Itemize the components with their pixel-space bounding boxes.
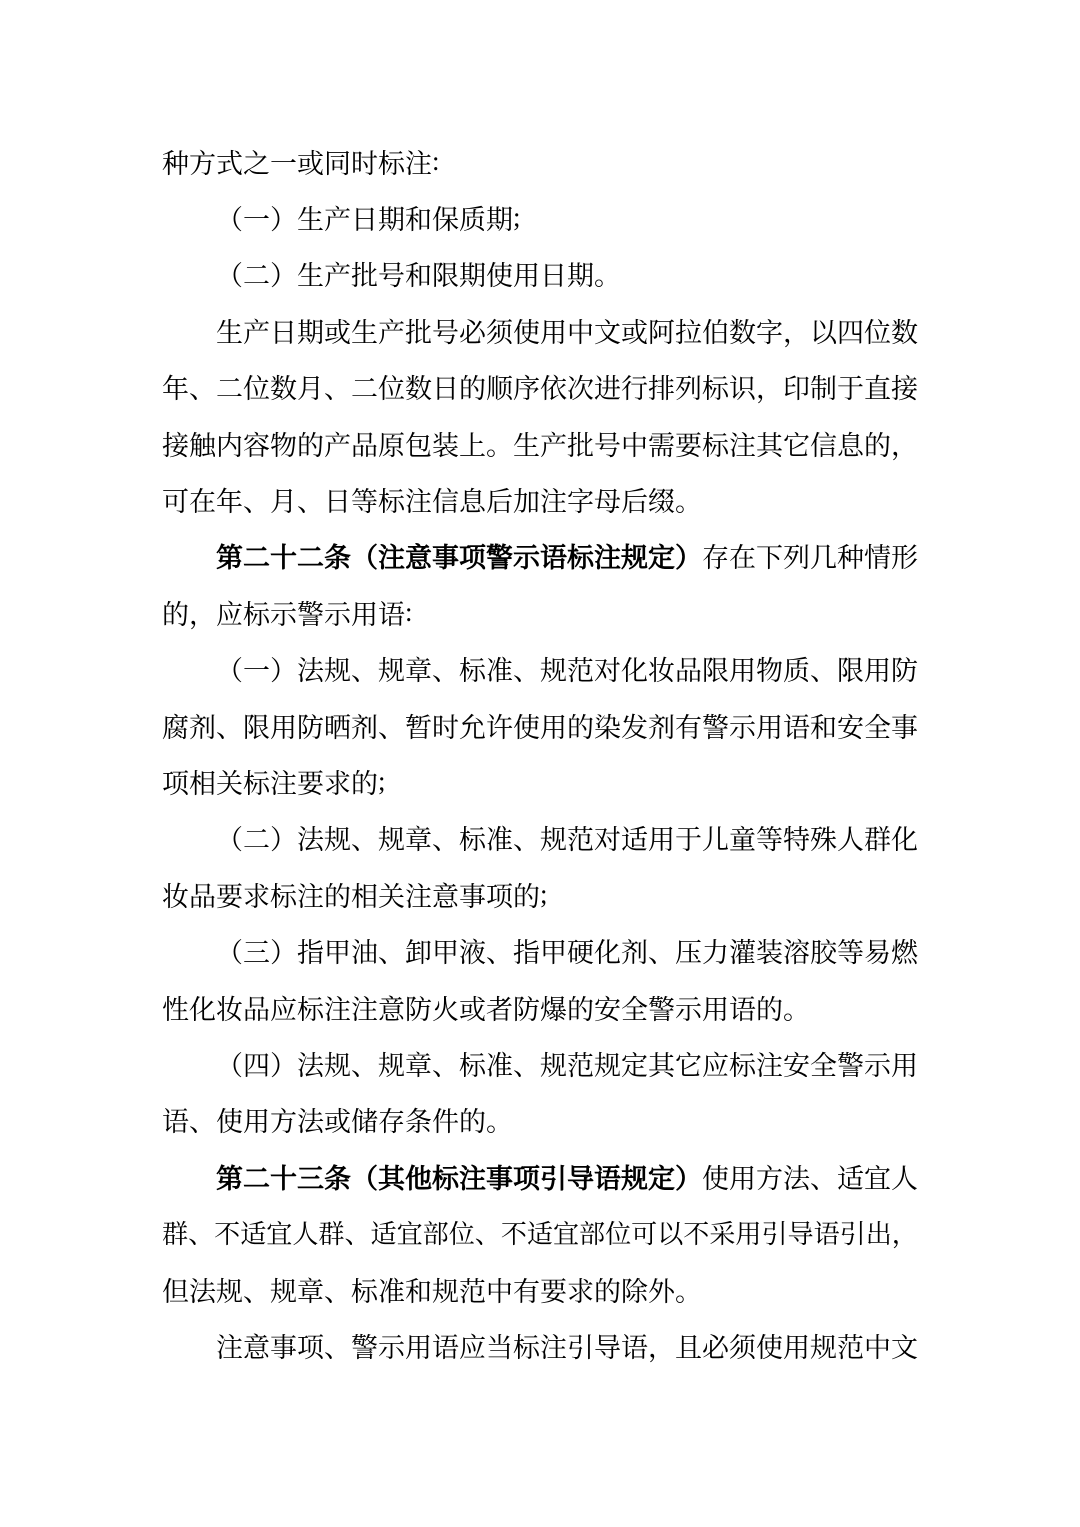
body-text-char: 导 — [594, 1326, 621, 1365]
body-text-char: 期 — [486, 198, 513, 237]
body-text-char: 等 — [351, 480, 378, 519]
body-text-char: 全 — [621, 988, 648, 1027]
body-text-char: 殊 — [810, 818, 837, 857]
body-text-char: 群 — [162, 1214, 188, 1251]
body-text-char: 日 — [432, 367, 459, 406]
body-text-char: 安 — [837, 706, 864, 745]
text-line: 可在年、月、日等标注信息后加注字母后缀。 — [162, 471, 918, 527]
body-text-char: 批 — [351, 254, 378, 293]
body-text-char: 位 — [605, 1214, 631, 1251]
text-line: 但法规、规章、标准和规范中有要求的除外。 — [162, 1261, 918, 1317]
body-text-char: 、 — [189, 1100, 216, 1139]
body-text-char: 规 — [540, 1044, 567, 1083]
body-text-char: 下 — [756, 536, 783, 575]
article-heading-char: 十 — [270, 536, 297, 575]
body-text-char: 标 — [702, 424, 729, 463]
body-text-char: 灌 — [729, 931, 756, 970]
body-text-char: 伯 — [702, 311, 729, 350]
body-text-char: 注 — [270, 762, 297, 801]
body-text-char: 须 — [486, 311, 513, 350]
body-text-char: 。 — [675, 480, 702, 519]
body-text-char: 息 — [459, 480, 486, 519]
body-text-char: 进 — [594, 367, 621, 406]
body-text-char: 指 — [297, 931, 324, 970]
body-text-char: 行 — [621, 367, 648, 406]
body-text-char: 。 — [594, 254, 621, 293]
body-text-char: 人 — [837, 818, 864, 857]
body-text-char: 妆 — [162, 875, 189, 914]
article-heading-char: 二 — [243, 1157, 270, 1196]
body-text-char: 儿 — [702, 818, 729, 857]
body-text-char: 制 — [810, 367, 837, 406]
body-text-char: 母 — [594, 480, 621, 519]
body-text-char: 限 — [837, 649, 864, 688]
body-text-char: 警 — [837, 1044, 864, 1083]
body-text-char: 剂 — [351, 706, 378, 745]
text-line: 腐剂、限用防晒剂、暂时允许使用的染发剂有警示用语和安全事 — [162, 697, 918, 753]
body-text-char: 意 — [432, 875, 459, 914]
body-text-char: 准 — [486, 818, 513, 857]
body-text-char: 引 — [567, 1326, 594, 1365]
text-line: 接触内容物的产品原包装上。生产批号中需要标注其它信息的， — [162, 415, 918, 471]
body-text-char: 它 — [783, 424, 810, 463]
body-text-char: 生 — [297, 198, 324, 237]
body-text-char: 排 — [648, 367, 675, 406]
body-text-char: 应 — [702, 1044, 729, 1083]
body-text-char: 生 — [513, 424, 540, 463]
article-heading-char: 导 — [567, 1157, 594, 1196]
article-heading-char: 注 — [459, 1157, 486, 1196]
body-text-char: 应 — [216, 593, 243, 632]
body-text-char: 字 — [756, 311, 783, 350]
body-text-char: 中 — [567, 311, 594, 350]
body-text-char: 使 — [756, 1326, 783, 1365]
body-text-char: 暂 — [405, 706, 432, 745]
body-text-char: 必 — [459, 311, 486, 350]
body-text-char: 、 — [513, 1044, 540, 1083]
body-text-char: 部 — [579, 1214, 605, 1251]
body-text-char: ， — [648, 1326, 675, 1365]
article-heading-char: 定 — [648, 536, 675, 575]
body-text-char: 在 — [189, 480, 216, 519]
text-line: （四）法规、规章、标准、规范规定其它应标注安全警示用 — [162, 1035, 918, 1091]
body-text-char: 的 — [459, 1100, 486, 1139]
body-text-char: 和 — [405, 254, 432, 293]
body-text-char: 标 — [459, 818, 486, 857]
body-text-char: 原 — [378, 424, 405, 463]
body-text-char: 限 — [432, 254, 459, 293]
text-line: （一）生产日期和保质期; — [162, 189, 918, 245]
body-text-char: 防 — [891, 649, 918, 688]
body-text-char: 溶 — [783, 931, 810, 970]
body-text-char: 其 — [648, 1044, 675, 1083]
article-heading-char: 规 — [621, 536, 648, 575]
body-text-char: 人 — [891, 1157, 918, 1196]
article-heading-char: 引 — [540, 1157, 567, 1196]
body-text-char: 用 — [702, 988, 729, 1027]
body-text-char: 生 — [297, 254, 324, 293]
body-text-char: 规 — [324, 649, 351, 688]
body-text-char: 年 — [216, 480, 243, 519]
body-text-char: 数 — [405, 367, 432, 406]
body-text-char: 化 — [621, 649, 648, 688]
body-text-char: 用 — [513, 254, 540, 293]
body-text-char: 警 — [648, 988, 675, 1027]
body-text-char: 指 — [513, 931, 540, 970]
body-text-char: 文 — [891, 1326, 918, 1365]
body-text-char: 批 — [567, 424, 594, 463]
article-heading-char: 其 — [378, 1157, 405, 1196]
body-text-char: 卸 — [405, 931, 432, 970]
body-text-char: 除 — [621, 1270, 648, 1309]
document-body: 种方式之一或同时标注:（一）生产日期和保质期;（二）生产批号和限期使用日期。生产… — [162, 133, 918, 1374]
article-heading-char: （ — [351, 536, 378, 575]
article-heading-char: 他 — [405, 1157, 432, 1196]
body-text-char: 后 — [486, 480, 513, 519]
body-text-char: ） — [270, 198, 297, 237]
body-text-char: 且 — [675, 1326, 702, 1365]
body-text-char: 范 — [837, 1326, 864, 1365]
body-text-char: 适 — [621, 818, 648, 857]
body-text-char: 示 — [378, 1326, 405, 1365]
body-text-char: 油 — [351, 931, 378, 970]
body-text-char: 用 — [270, 706, 297, 745]
text-line: 性化妆品应标注注意防火或者防爆的安全警示用语的。 — [162, 979, 918, 1035]
body-text-char: 日 — [324, 480, 351, 519]
body-text-char: （ — [216, 818, 243, 857]
body-text-char: 的 — [324, 875, 351, 914]
body-text-char: 须 — [729, 1326, 756, 1365]
body-text-char: 全 — [810, 1044, 837, 1083]
body-text-char: 规 — [432, 1270, 459, 1309]
body-text-char: 规 — [378, 818, 405, 857]
body-text-char: 产 — [324, 424, 351, 463]
body-text-char: 阿 — [648, 311, 675, 350]
body-text-char: 事 — [891, 706, 918, 745]
body-text-char: 于 — [675, 818, 702, 857]
body-text-char: 四 — [837, 311, 864, 350]
body-text-char: 、 — [216, 706, 243, 745]
body-text-char: 或 — [459, 988, 486, 1027]
body-text-char: 式 — [216, 142, 243, 181]
body-text-char: 等 — [756, 818, 783, 857]
body-text-char: 方 — [756, 1157, 783, 1196]
body-text-char: 液 — [459, 931, 486, 970]
body-text-char: 适 — [527, 1214, 553, 1251]
body-text-char: 品 — [675, 649, 702, 688]
body-text-char: 、 — [810, 1157, 837, 1196]
body-text-char: 范 — [567, 649, 594, 688]
body-text-char: 事 — [459, 875, 486, 914]
body-text-char: 、 — [486, 931, 513, 970]
body-text-char: 拉 — [675, 311, 702, 350]
article-heading-char: 语 — [594, 1157, 621, 1196]
body-text-char: 标 — [270, 875, 297, 914]
body-text-char: （ — [216, 649, 243, 688]
body-text-char: 人 — [292, 1214, 318, 1251]
body-text-char: 、 — [513, 818, 540, 857]
body-text-char: 规 — [540, 649, 567, 688]
body-text-char: 或 — [621, 311, 648, 350]
body-text-char: 准 — [486, 649, 513, 688]
body-text-char: 语 — [783, 706, 810, 745]
body-text-char: 缀 — [648, 480, 675, 519]
body-text-char: 用 — [540, 706, 567, 745]
body-text-char: 、 — [188, 1214, 214, 1251]
body-text-char: 列 — [675, 367, 702, 406]
body-text-char: 用 — [783, 1326, 810, 1365]
body-text-char: 规 — [216, 1270, 243, 1309]
body-text-char: （ — [216, 198, 243, 237]
body-text-char: 力 — [702, 931, 729, 970]
body-text-char: 、 — [243, 480, 270, 519]
body-text-char: 一 — [270, 142, 297, 181]
body-text-char: 触 — [189, 424, 216, 463]
body-text-char: 宜 — [553, 1214, 579, 1251]
body-text-char: 月 — [297, 367, 324, 406]
body-text-char: 标 — [243, 762, 270, 801]
body-text-char: 同 — [324, 142, 351, 181]
body-text-char: 腐 — [162, 706, 189, 745]
article-heading-char: ） — [675, 1157, 702, 1196]
body-text-char: 相 — [351, 875, 378, 914]
body-text-char: 用 — [351, 593, 378, 632]
body-text-char: 件 — [432, 1100, 459, 1139]
body-text-char: 剂 — [621, 931, 648, 970]
body-text-char: 用 — [648, 818, 675, 857]
text-line: （三）指甲油、卸甲液、指甲硬化剂、压力灌装溶胶等易燃 — [162, 922, 918, 978]
body-text-char: ） — [270, 254, 297, 293]
body-text-char: 胶 — [810, 931, 837, 970]
body-text-char: 、 — [378, 931, 405, 970]
body-text-char: 语 — [378, 593, 405, 632]
article-heading-char: 定 — [648, 1157, 675, 1196]
body-text-char: 方 — [189, 142, 216, 181]
body-text-char: 易 — [864, 931, 891, 970]
text-line: （一）法规、规章、标准、规范对化妆品限用物质、限用防 — [162, 641, 918, 697]
body-text-char: 号 — [594, 424, 621, 463]
body-text-char: 规 — [270, 1270, 297, 1309]
body-text-char: 注 — [297, 875, 324, 914]
body-text-char: 注 — [324, 988, 351, 1027]
body-text-char: 防 — [513, 988, 540, 1027]
body-text-char: 产 — [243, 311, 270, 350]
body-text-char: 品 — [189, 875, 216, 914]
body-text-char: 日 — [540, 254, 567, 293]
body-text-char: 识 — [729, 367, 756, 406]
body-text-char: 可 — [631, 1214, 657, 1251]
body-text-char: 不 — [501, 1214, 527, 1251]
body-text-char: 规 — [378, 1044, 405, 1083]
body-text-char: 语 — [432, 1326, 459, 1365]
body-text-char: 燃 — [891, 931, 918, 970]
body-text-char: 中 — [621, 424, 648, 463]
body-text-char: 日 — [270, 311, 297, 350]
body-text-char: 限 — [243, 706, 270, 745]
body-text-char: 数 — [270, 367, 297, 406]
body-text-char: 染 — [594, 706, 621, 745]
body-text-char: 事 — [270, 1326, 297, 1365]
body-text-char: 限 — [702, 649, 729, 688]
body-text-char: 息 — [837, 424, 864, 463]
body-text-char: 、 — [324, 1270, 351, 1309]
body-text-char: 导 — [788, 1214, 814, 1251]
text-line: 项相关标注要求的; — [162, 753, 918, 809]
body-text-char: 示 — [729, 706, 756, 745]
body-text-char: 、 — [648, 931, 675, 970]
body-text-char: 储 — [351, 1100, 378, 1139]
body-text-char: 范 — [567, 818, 594, 857]
body-text-char: 但 — [162, 1270, 189, 1309]
body-text-char: 注 — [216, 1326, 243, 1365]
body-text-char: 标 — [729, 1044, 756, 1083]
body-text-char: 的 — [864, 424, 891, 463]
body-text-char: 群 — [864, 818, 891, 857]
body-text-char: 生 — [216, 311, 243, 350]
text-line: 的，应标示警示用语: — [162, 584, 918, 640]
body-text-char: 包 — [405, 424, 432, 463]
body-text-char: 和 — [405, 1270, 432, 1309]
text-line: 妆品要求标注的相关注意事项的; — [162, 866, 918, 922]
body-text-char: 的 — [162, 593, 189, 632]
article-heading-char: 警 — [486, 536, 513, 575]
body-text-char: 种 — [162, 142, 189, 181]
body-text-char: 数 — [729, 311, 756, 350]
body-text-char: 期 — [459, 254, 486, 293]
body-text-char: ， — [783, 311, 810, 350]
body-text-char: 条 — [405, 1100, 432, 1139]
body-text-char: 群 — [318, 1214, 344, 1251]
body-text-char: 注 — [729, 424, 756, 463]
body-text-char: 宜 — [266, 1214, 292, 1251]
body-text-char: 月 — [270, 480, 297, 519]
body-text-char: 安 — [594, 988, 621, 1027]
article-heading-char: 注 — [378, 536, 405, 575]
body-text-char: 规 — [810, 1326, 837, 1365]
body-text-char: 允 — [459, 706, 486, 745]
body-text-char: 妆 — [648, 649, 675, 688]
body-text-char: 装 — [432, 424, 459, 463]
body-text-char: 剂 — [189, 706, 216, 745]
body-text-char: 或 — [297, 142, 324, 181]
body-text-char: 顺 — [486, 367, 513, 406]
body-text-char: 形 — [891, 536, 918, 575]
body-text-char: 要 — [540, 1270, 567, 1309]
body-text-char: 的 — [351, 762, 378, 801]
text-line: （二）法规、规章、标准、规范对适用于儿童等特殊人群化 — [162, 810, 918, 866]
body-text-char: 、 — [344, 1214, 370, 1251]
body-text-char: 之 — [243, 142, 270, 181]
body-text-char: 、 — [810, 649, 837, 688]
body-text-char: 加 — [513, 480, 540, 519]
body-text-char: 标 — [513, 1326, 540, 1365]
body-text-char: 年 — [162, 367, 189, 406]
body-text-char: 三 — [243, 931, 270, 970]
body-text-char: 关 — [216, 762, 243, 801]
body-text-char: 标 — [459, 1044, 486, 1083]
body-text-char: （ — [216, 931, 243, 970]
body-text-char: 它 — [675, 1044, 702, 1083]
body-text-char: 规 — [324, 1044, 351, 1083]
body-text-char: 可 — [162, 480, 189, 519]
body-text-char: 化 — [594, 931, 621, 970]
article-heading-char: （ — [351, 1157, 378, 1196]
text-line: 第二十二条（注意事项警示语标注规定）存在下列几种情形 — [162, 528, 918, 584]
body-text-char: 注 — [405, 142, 432, 181]
body-text-char: 火 — [432, 988, 459, 1027]
body-text-char: 出 — [866, 1214, 892, 1251]
text-line: 群、不适宜人群、适宜部位、不适宜部位可以不采用引导语引出， — [162, 1204, 918, 1260]
body-text-char: 物 — [756, 649, 783, 688]
body-text-char: 示 — [864, 1044, 891, 1083]
body-text-char: 化 — [891, 818, 918, 857]
body-text-char: 的 — [513, 875, 540, 914]
article-heading-char: 三 — [297, 1157, 324, 1196]
body-text-char: 期 — [378, 198, 405, 237]
body-text-char: 、 — [378, 706, 405, 745]
body-text-char: 质 — [459, 198, 486, 237]
body-text-char: 二 — [243, 818, 270, 857]
body-text-char: 标 — [459, 649, 486, 688]
body-text-char: 警 — [702, 706, 729, 745]
body-text-char: 注 — [540, 480, 567, 519]
body-text-char: 剂 — [648, 706, 675, 745]
body-text-char: 防 — [297, 706, 324, 745]
body-text-char: 示 — [324, 593, 351, 632]
body-text-char: 信 — [432, 480, 459, 519]
body-text-char: 不 — [683, 1214, 709, 1251]
body-text-char: 法 — [297, 1044, 324, 1083]
body-text-char: 时 — [351, 142, 378, 181]
article-heading-char: 项 — [459, 536, 486, 575]
body-text-char: 等 — [837, 931, 864, 970]
body-text-char: 二 — [243, 254, 270, 293]
body-text-char: 产 — [324, 198, 351, 237]
document-page: 种方式之一或同时标注:（一）生产日期和保质期;（二）生产批号和限期使用日期。生产… — [0, 0, 1080, 1527]
body-text-char: 当 — [486, 1326, 513, 1365]
body-text-char: 范 — [567, 1044, 594, 1083]
body-text-char: 使 — [702, 1157, 729, 1196]
body-text-char: 意 — [243, 1326, 270, 1365]
article-heading-char: 规 — [621, 1157, 648, 1196]
body-text-char: 章 — [405, 818, 432, 857]
body-text-char: 标 — [378, 142, 405, 181]
body-text-char: 、 — [351, 649, 378, 688]
body-text-char: 在 — [729, 536, 756, 575]
body-text-char: 使 — [216, 1100, 243, 1139]
body-text-char: 、 — [243, 1270, 270, 1309]
body-text-char: 几 — [810, 536, 837, 575]
body-text-char: 。 — [675, 1270, 702, 1309]
body-text-char: 晒 — [324, 706, 351, 745]
text-line: （二）生产批号和限期使用日期。 — [162, 246, 918, 302]
body-text-char: 用 — [405, 1326, 432, 1365]
body-text-char: 规 — [594, 1044, 621, 1083]
body-text-char: 用 — [540, 311, 567, 350]
body-text-char: 采 — [709, 1214, 735, 1251]
body-text-char: 于 — [837, 367, 864, 406]
body-text-char: 引 — [840, 1214, 866, 1251]
body-text-char: 使 — [513, 311, 540, 350]
article-heading-char: 事 — [432, 536, 459, 575]
body-text-char: 注 — [540, 1326, 567, 1365]
body-text-char: 标 — [378, 480, 405, 519]
body-text-char: 品 — [243, 988, 270, 1027]
body-text-char: 、 — [189, 367, 216, 406]
body-text-char: 宜 — [864, 1157, 891, 1196]
body-text-char: 警 — [297, 593, 324, 632]
body-text-char: 用 — [891, 1044, 918, 1083]
